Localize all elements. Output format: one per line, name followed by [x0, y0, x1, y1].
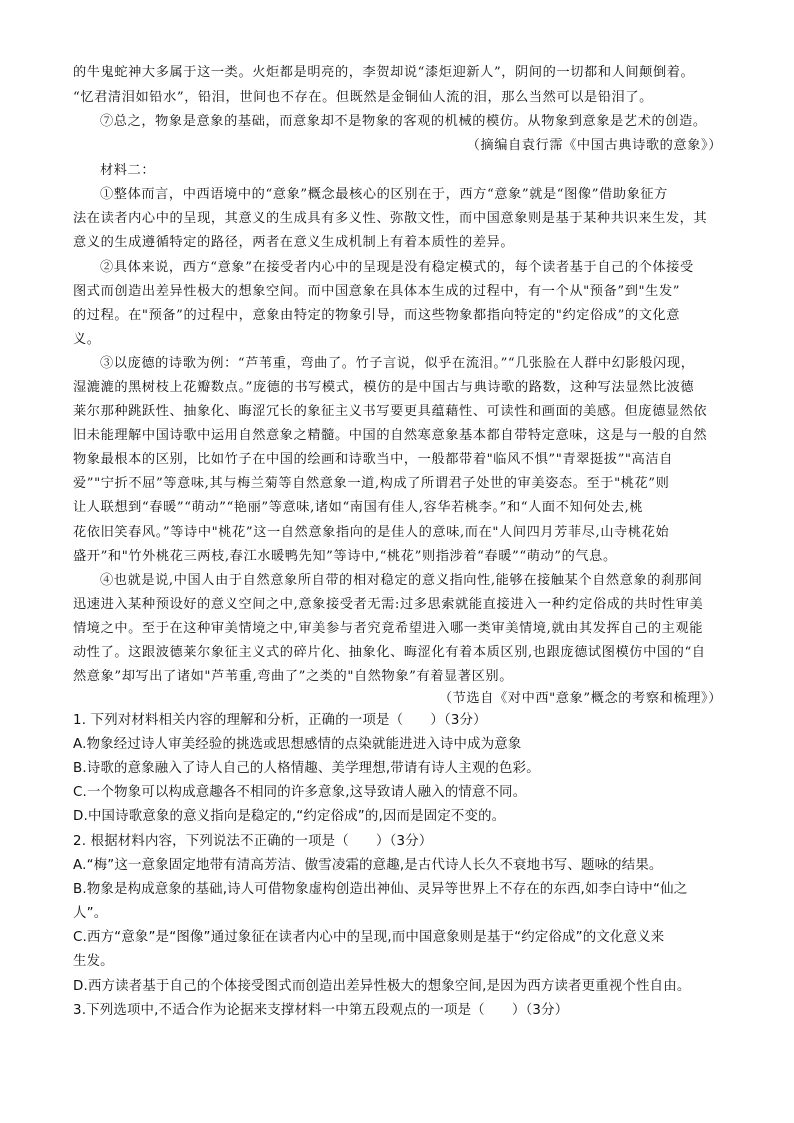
material2-para4-line: 情境之中。至于在这种审美情境之中,审美参与者究竟希望进入哪一类审美情境,就由其发… [73, 619, 723, 639]
question-2-option-c-cont: 生发。 [73, 952, 723, 972]
material2-para3-line: 旧未能理解中国诗歌中运用自然意象之精髓。中国的自然寒意象基本都自带特定意味，这是… [73, 426, 723, 446]
material2-heading: 材料二： [100, 161, 750, 181]
question-2-option-a: A.“梅”这一意象固定地带有清高芳洁、傲雪凌霜的意趣,是古代诗人长久不衰地书写、… [73, 856, 723, 876]
question-1-option-d: D.中国诗歌意象的意义指向是稳定的,“约定俗成”的,因而是固定不变的。 [73, 807, 723, 827]
material2-para3-line: 花依旧笑春风。”等诗中"桃花”这一自然意象指向的是佳人的意味,而在"人间四月芳菲… [73, 523, 723, 543]
material1-line: 的牛鬼蛇神大多属于这一类。火炬都是明亮的，李贺却说“漆炬迎新人”，阴间的一切都和… [73, 63, 723, 83]
question-2-option-b: B.物象是构成意象的基础,诗人可借物象虚构创造出神仙、灵异等世界上不存在的东西,… [73, 880, 723, 900]
question-1-option-a: A.物象经过诗人审美经验的挑选或思想感情的点染就能进进入诗中成为意象 [73, 735, 723, 755]
material2-para1-line: 意义的生成遵循特定的路径，两者在意义生成机制上有着本质性的差异。 [73, 233, 723, 253]
material2-para4-line: 迅速进入某种预设好的意义空间之中,意象接受者无需:过多思索就能直接进入一种约定俗… [73, 595, 723, 615]
exam-page: 的牛鬼蛇神大多属于这一类。火炬都是明亮的，李贺却说“漆炬迎新人”，阴间的一切都和… [0, 0, 794, 1123]
material2-para2-line: 的过程。在"预备”的过程中，意象由特定的物象引导，而这些物象都指向特定的"约定俗… [73, 306, 723, 326]
material2-para1-line: ①整体而言，中西语境中的“意象”概念最核心的区别在于，西方“意象”就是“图像”借… [100, 185, 723, 205]
material2-citation: （节选自《对中西"意象”概念的考察和梳理》） [439, 689, 722, 709]
material2-para3-line: ③以庞德的诗歌为例：“芦苇重，弯曲了。竹子言说，似乎在流泪。”“几张脸在人群中幻… [100, 354, 723, 374]
material2-para4-line: ④也就是说,中国人由于自然意象所自带的相对稳定的意义指向性,能够在接触某个自然意… [100, 571, 723, 591]
question-2-option-b-cont: 人”。 [73, 904, 723, 924]
material2-para3-line: 爱”"宁折不屈”等意味,其与梅兰菊等自然意象一道,构成了所谓君子处世的审美姿态。… [73, 474, 723, 494]
material1-line: “忆君清泪如铅水”，铅泪，世间也不存在。但既然是金铜仙人流的泪，那么当然可以是铅… [73, 88, 723, 108]
question-2-option-c: C.西方“意象”是“图像”通过象征在读者内心中的呈现,而中国意象则是基于“约定俗… [73, 928, 723, 948]
question-1-option-b: B.诗歌的意象融入了诗人自己的人格情趣、美学理想,带请有诗人主观的色彩。 [73, 759, 723, 779]
material2-para3-line: 莱尔那种跳跃性、抽象化、晦涩冗长的象征主义书写要更具蕴藉性、可读性和画面的美感。… [73, 402, 723, 422]
question-1-option-c: C.一个物象可以构成意趣各不相同的许多意象,这导致请人融入的情意不同。 [73, 783, 723, 803]
material2-para1-line: 法在读者内心中的呈现，其意义的生成具有多义性、弥散文性，而中国意象则是基于某种共… [73, 209, 723, 229]
question-1-stem: 1. 下列对材料相关内容的理解和分析，正确的一项是（ ）（3分） [73, 711, 723, 731]
material2-para3-line: 物象最根本的区别，比如竹子在中国的绘画和诗歌当中，一般都带着"临风不惧”"青翠挺… [73, 450, 723, 470]
material2-para2-line: ②具体来说，西方“意象”在接受者内心中的呈现是没有稳定模式的，每个读者基于自己的… [100, 258, 723, 278]
material1-paragraph-7: ⑦总之，物象是意象的基础，而意象却不是物象的客观的机械的模仿。从物象到意象是艺术… [100, 112, 723, 132]
material2-para2-line: 义。 [73, 330, 723, 350]
question-2-stem: 2. 根据材料内容，下列说法不正确的一项是（ ）（3分） [73, 832, 723, 852]
material2-para4-line: 动性了。这跟波德莱尔象征主义式的碎片化、抽象化、晦涩化有着本质区别,也跟庞德试图… [73, 643, 723, 663]
material2-para2-line: 图式而创造出差异性极大的想象空间。而中国意象在具体本生成的过程中，有一个从"预备… [73, 282, 723, 302]
material2-para3-line: 盛开”和"竹外桃花三两枝,春江水暖鸭先知”等诗中,“桃花”则指涉着“春暖”“萌动… [73, 547, 723, 567]
material2-para3-line: 湿漉漉的黑树枝上花瓣数点。”庞德的书写模式，模仿的是中国古与典诗歌的路数，这种写… [73, 378, 723, 398]
question-2-option-d: D.西方读者基于自己的个体接受图式而创造出差异性极大的想象空间,是因为西方读者更… [73, 977, 723, 997]
question-3-stem: 3.下列选项中,不适合作为论据来支撑材料一中第五段观点的一项是（ ）（3分） [73, 1001, 723, 1021]
material1-citation: （摘编自袁行霈《中国古典诗歌的意象》） [467, 136, 722, 156]
material2-para4-line: 然意象”却写出了诸如"芦苇重,弯曲了”之类的"自然物象”有着显著区别。 [73, 667, 723, 687]
material2-para3-line: 让人联想到“春暖”“萌动”“艳丽”等意味,诸如“南国有佳人,容华若桃李。”和“人… [73, 498, 723, 518]
